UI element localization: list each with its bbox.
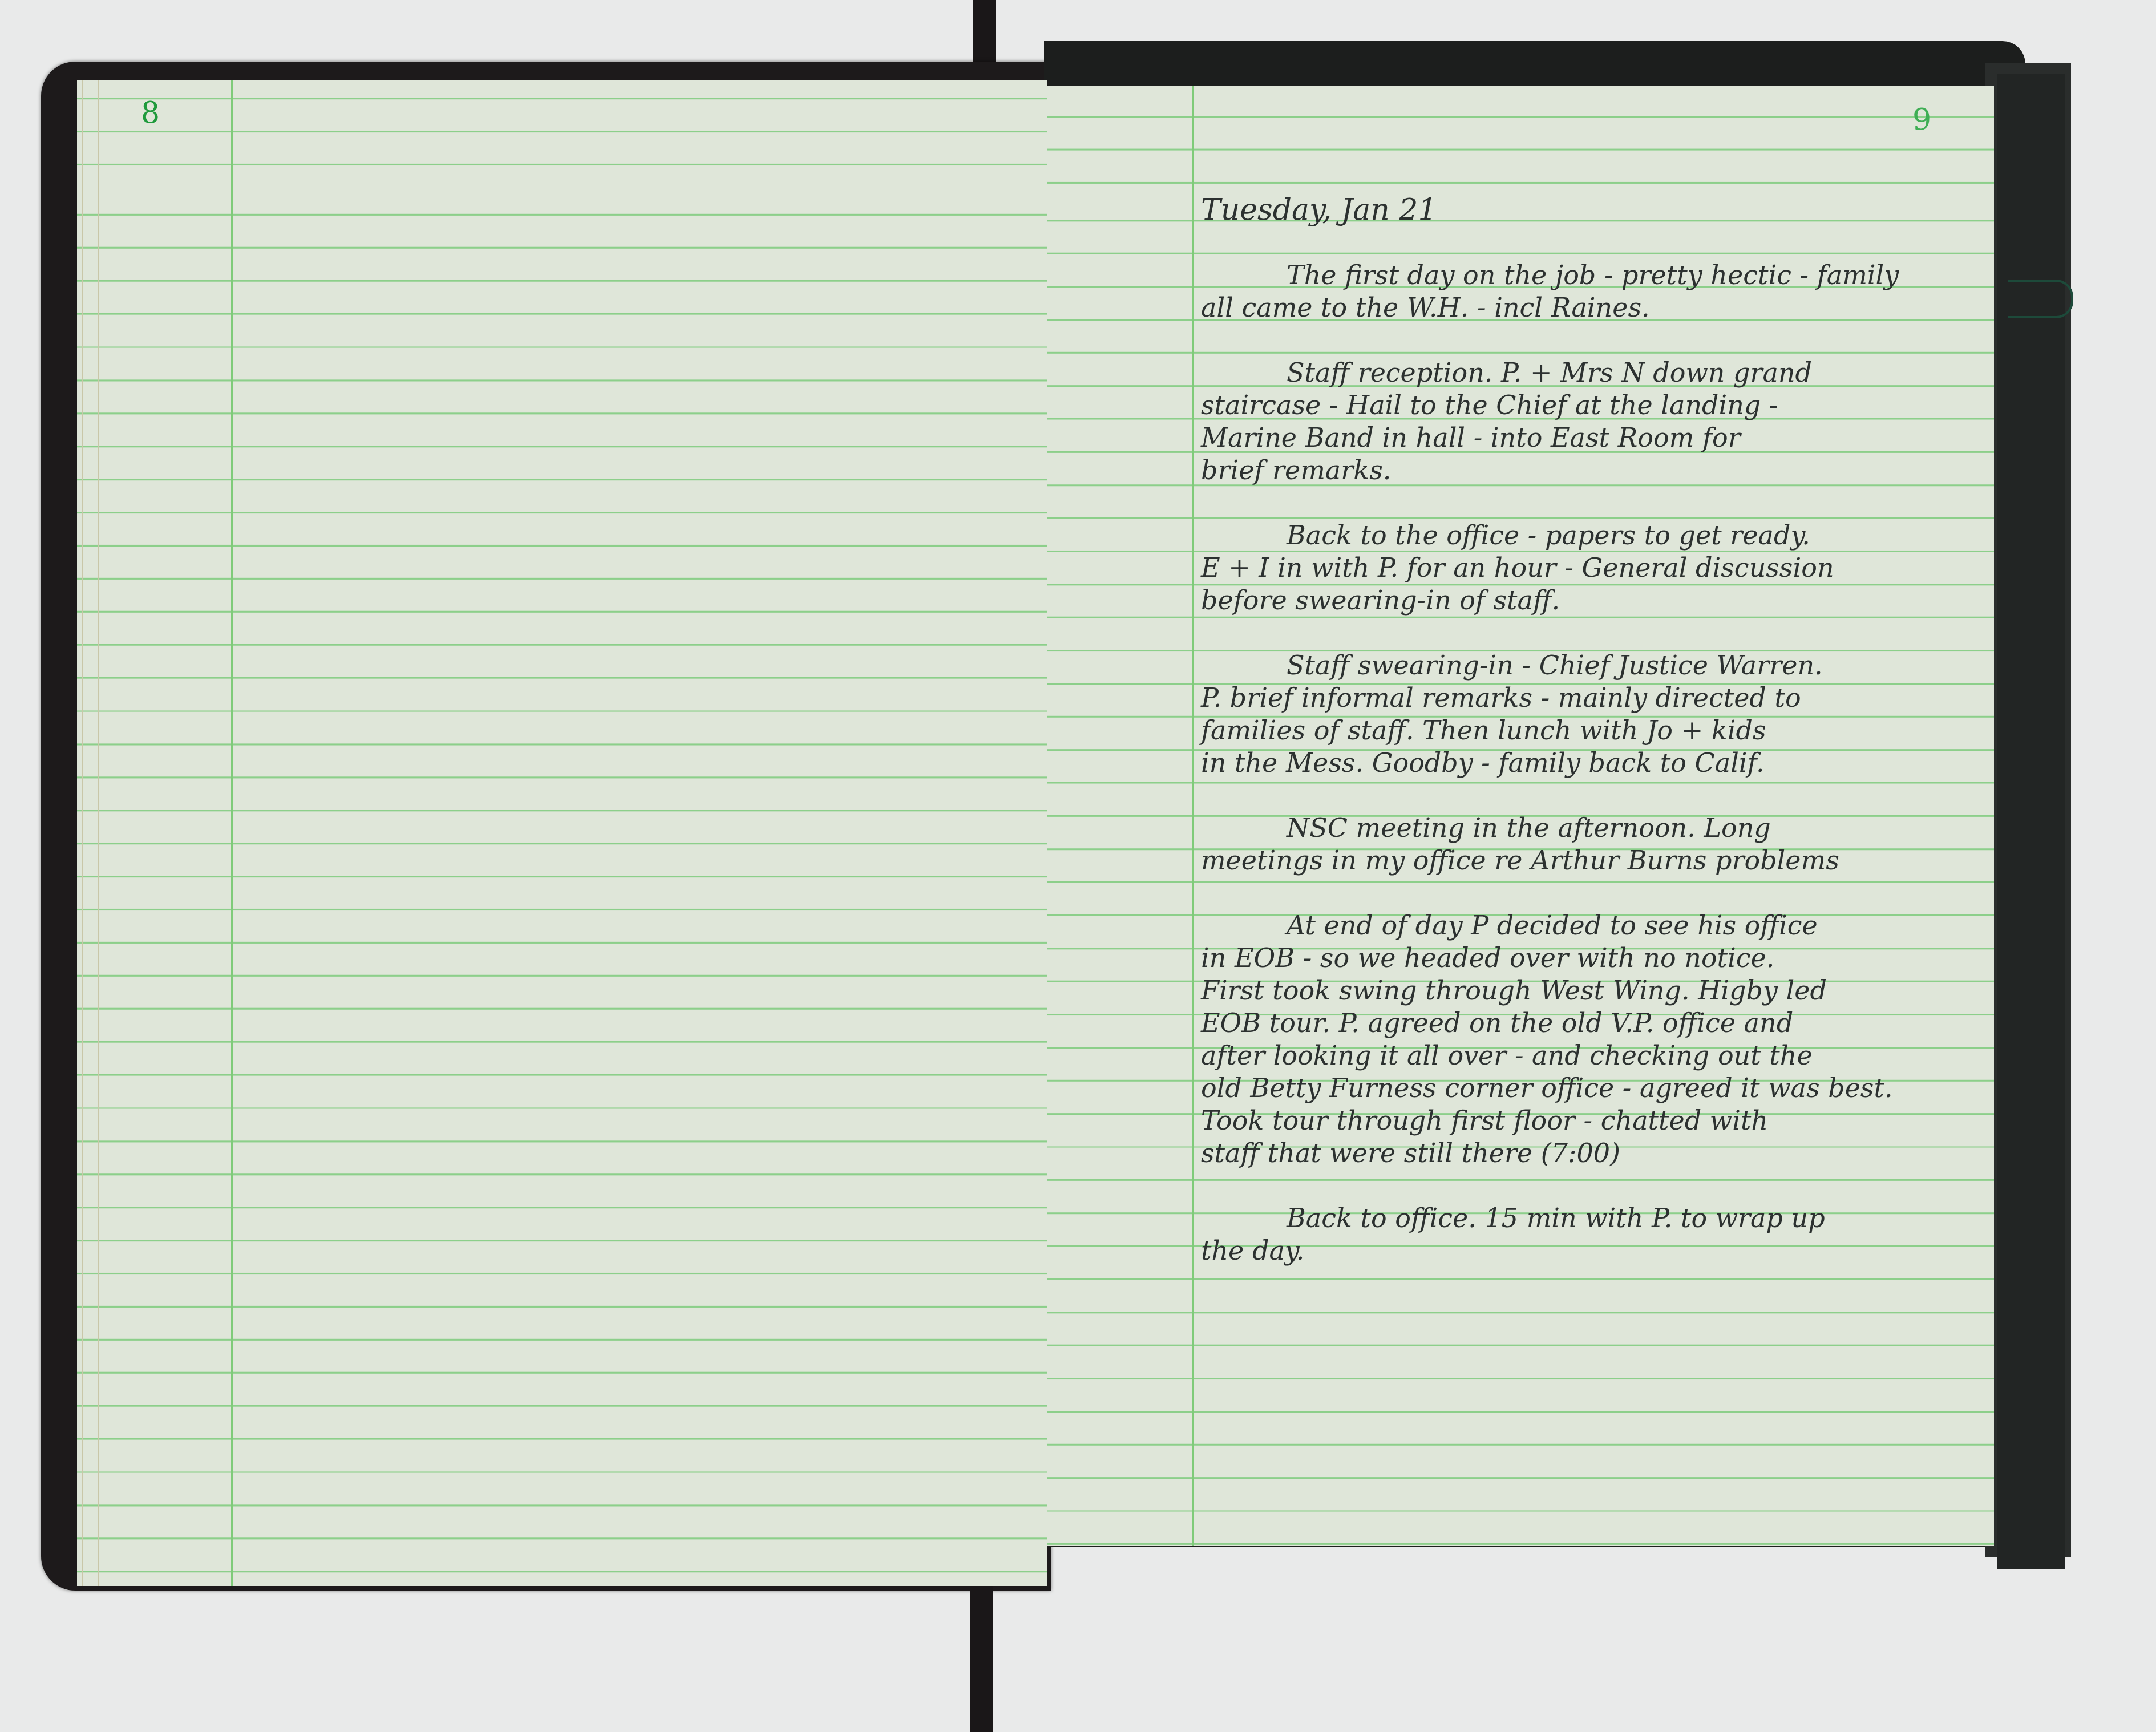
- text-line: after looking it all over - and checking…: [1201, 1039, 1983, 1072]
- paragraph: The first day on the job - pretty hectic…: [1201, 259, 1983, 324]
- paragraph: NSC meeting in the afternoon. Long meeti…: [1201, 812, 1983, 877]
- text-line: At end of day P decided to see his offic…: [1201, 909, 1983, 942]
- text-line: The first day on the job - pretty hectic…: [1201, 259, 1983, 292]
- entry-date: Tuesday, Jan 21: [1201, 194, 1983, 226]
- text-line: meetings in my office re Arthur Burns pr…: [1201, 844, 1983, 877]
- page-number-left: 8: [141, 96, 160, 130]
- margin-line: [231, 80, 233, 1586]
- text-line: brief remarks.: [1201, 454, 1983, 487]
- paperclip-icon: [2008, 280, 2073, 318]
- text-line: the day.: [1201, 1235, 1983, 1267]
- paragraph: Back to office. 15 min with P. to wrap u…: [1201, 1202, 1983, 1267]
- binder-strap-bottom: [970, 1586, 993, 1732]
- text-line: P. brief informal remarks - mainly direc…: [1201, 682, 1983, 714]
- text-line: staircase - Hail to the Chief at the lan…: [1201, 389, 1983, 422]
- right-page: 9 Tuesday, Jan 21 The first day on the j…: [1047, 86, 1994, 1546]
- text-line: Back to the office - papers to get ready…: [1201, 519, 1983, 552]
- text-line: E + I in with P. for an hour - General d…: [1201, 552, 1983, 584]
- page-number-right: 9: [1912, 103, 1931, 137]
- binder-strap-top: [973, 0, 996, 68]
- text-line: in EOB - so we headed over with no notic…: [1201, 942, 1983, 974]
- text-line: Marine Band in hall - into East Room for: [1201, 422, 1983, 454]
- text-line: before swearing-in of staff.: [1201, 584, 1983, 617]
- text-line: families of staff. Then lunch with Jo + …: [1201, 714, 1983, 747]
- margin-line: [1192, 86, 1194, 1546]
- page-stack-edge: [82, 80, 99, 1586]
- text-line: Staff reception. P. + Mrs N down grand: [1201, 357, 1983, 389]
- diary-entry: Tuesday, Jan 21 The first day on the job…: [1201, 194, 1983, 1300]
- paragraph: Staff reception. P. + Mrs N down grand s…: [1201, 357, 1983, 487]
- paragraph: Staff swearing-in - Chief Justice Warren…: [1201, 649, 1983, 779]
- text-line: EOB tour. P. agreed on the old V.P. offi…: [1201, 1007, 1983, 1039]
- text-line: old Betty Furness corner office - agreed…: [1201, 1072, 1983, 1104]
- text-line: in the Mess. Goodby - family back to Cal…: [1201, 747, 1983, 779]
- paragraph: At end of day P decided to see his offic…: [1201, 909, 1983, 1169]
- text-line: Back to office. 15 min with P. to wrap u…: [1201, 1202, 1983, 1235]
- text-line: Took tour through first floor - chatted …: [1201, 1104, 1983, 1137]
- text-line: Staff swearing-in - Chief Justice Warren…: [1201, 649, 1983, 682]
- left-page: 8: [77, 80, 1047, 1586]
- text-line: NSC meeting in the afternoon. Long: [1201, 812, 1983, 844]
- text-line: all came to the W.H. - incl Raines.: [1201, 292, 1983, 324]
- text-line: First took swing through West Wing. Higb…: [1201, 974, 1983, 1007]
- paragraph: Back to the office - papers to get ready…: [1201, 519, 1983, 617]
- text-line: staff that were still there (7:00): [1201, 1137, 1983, 1169]
